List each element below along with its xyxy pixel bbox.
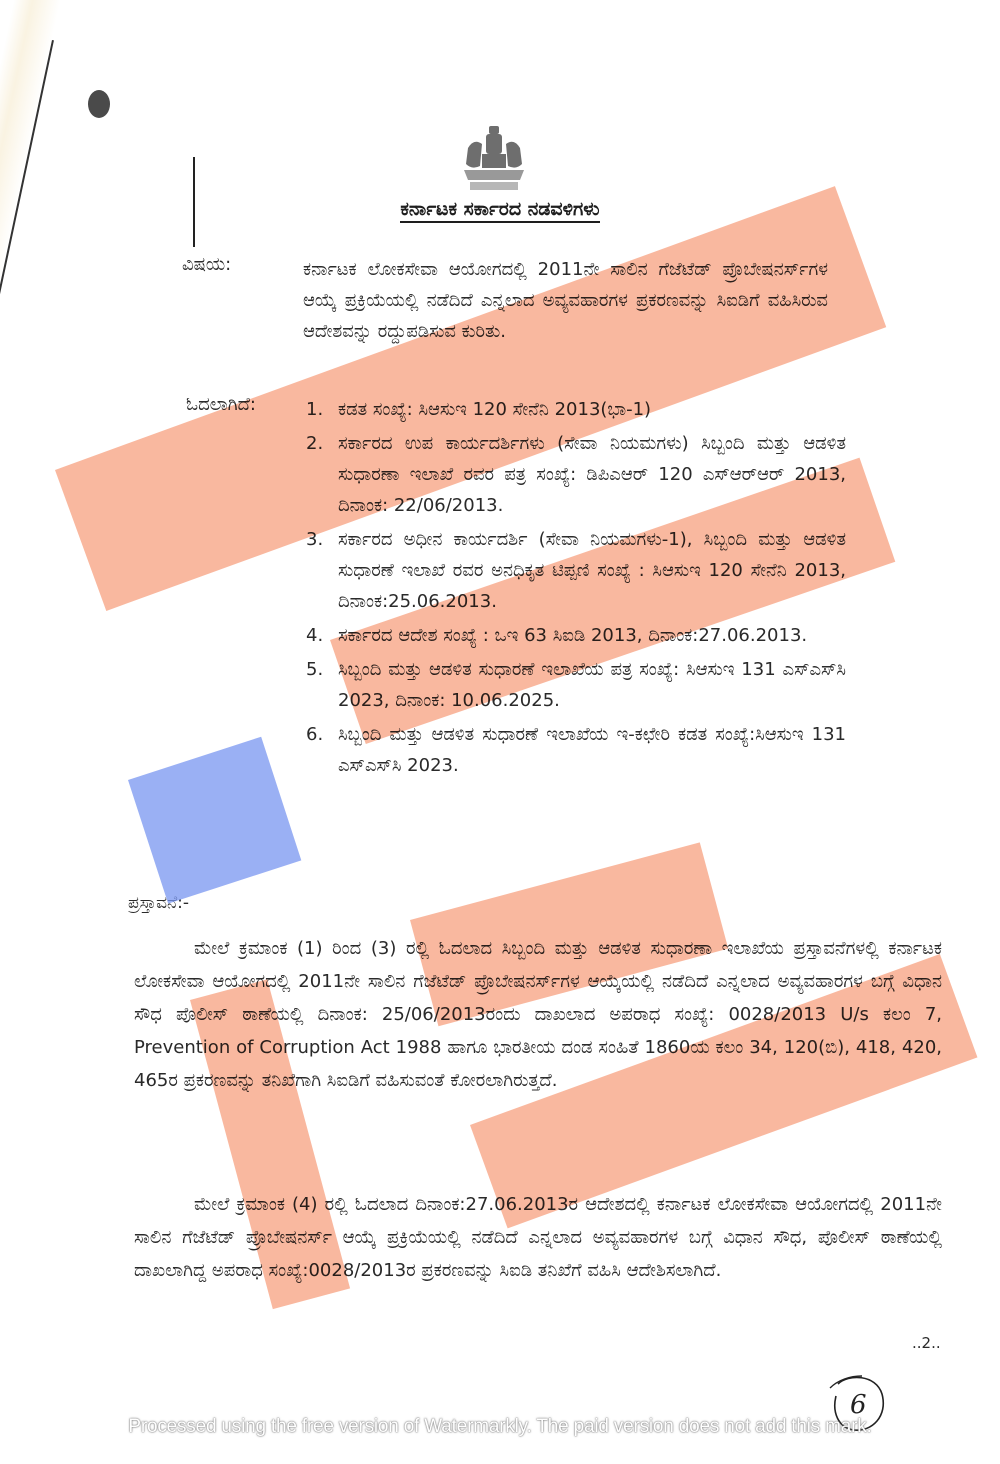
blue-overlay-square: [128, 737, 301, 904]
reference-item: 5.ಸಿಬ್ಬಂದಿ ಮತ್ತು ಆಡಳಿತ ಸುಧಾರಣೆ ಇಲಾಖೆಯ ಪತ…: [306, 654, 846, 716]
reference-item: 4.ಸರ್ಕಾರದ ಆದೇಶ ಸಂಖ್ಯೆ : ಒಇ 63 ಸಿಐಡಿ 2013…: [306, 620, 846, 651]
preamble-paragraph-2: ಮೇಲೆ ಕ್ರಮಾಂಕ (4) ರಲ್ಲಿ ಓದಲಾದ ದಿನಾಂಕ:27.0…: [134, 1188, 942, 1287]
reference-text: ಸಿಬ್ಬಂದಿ ಮತ್ತು ಆಡಳಿತ ಸುಧಾರಣೆ ಇಲಾಖೆಯ ಇ-ಕಛ…: [338, 724, 846, 776]
reference-item: 2.ಸರ್ಕಾರದ ಉಪ ಕಾರ್ಯದರ್ಶಿಗಳು (ಸೇವಾ ನಿಯಮಗಳು…: [306, 428, 846, 521]
references-list: 1.ಕಡತ ಸಂಖ್ಯೆ: ಸಿಆಸುಇ 120 ಸೇನೆನಿ 2013(ಭಾ-…: [306, 394, 846, 784]
reference-number: 1.: [306, 394, 323, 425]
reference-text: ಕಡತ ಸಂಖ್ಯೆ: ಸಿಆಸುಇ 120 ಸೇನೆನಿ 2013(ಭಾ-1): [338, 399, 651, 420]
preamble-paragraph-1: ಮೇಲೆ ಕ್ರಮಾಂಕ (1) ರಿಂದ (3) ರಲ್ಲಿ ಓದಲಾದ ಸಿ…: [134, 932, 942, 1097]
reference-text: ಸರ್ಕಾರದ ಆದೇಶ ಸಂಖ್ಯೆ : ಒಇ 63 ಸಿಐಡಿ 2013, …: [338, 625, 807, 646]
document-title-text: ಕರ್ನಾಟಕ ಸರ್ಕಾರದ ನಡವಳಿಗಳು: [400, 198, 599, 223]
reference-number: 6.: [306, 719, 323, 750]
preamble-heading: ಪ್ರಸ್ತಾವನೆ:-: [128, 893, 189, 913]
reference-number: 3.: [306, 524, 323, 555]
state-emblem-icon: [456, 122, 532, 198]
page-continuation-marker: ..2..: [912, 1334, 941, 1352]
document-title: ಕರ್ನಾಟಕ ಸರ್ಕಾರದ ನಡವಳಿಗಳು: [0, 198, 1000, 220]
reference-item: 6.ಸಿಬ್ಬಂದಿ ಮತ್ತು ಆಡಳಿತ ಸುಧಾರಣೆ ಇಲಾಖೆಯ ಇ-…: [306, 719, 846, 781]
reference-text: ಸರ್ಕಾರದ ಅಧೀನ ಕಾರ್ಯದರ್ಶಿ (ಸೇವಾ ನಿಯಮಗಳು-1)…: [338, 529, 846, 612]
watermark-text: Processed using the free version of Wate…: [0, 1416, 1000, 1438]
reference-number: 4.: [306, 620, 323, 651]
reference-number: 2.: [306, 428, 323, 459]
reference-item: 1.ಕಡತ ಸಂಖ್ಯೆ: ಸಿಆಸುಇ 120 ಸೇನೆನಿ 2013(ಭಾ-…: [306, 394, 846, 425]
document-page: ಕರ್ನಾಟಕ ಸರ್ಕಾರದ ನಡವಳಿಗಳು ವಿಷಯ: ಕರ್ನಾಟಕ ಲ…: [0, 0, 1000, 1464]
reference-text: ಸಿಬ್ಬಂದಿ ಮತ್ತು ಆಡಳಿತ ಸುಧಾರಣೆ ಇಲಾಖೆಯ ಪತ್ರ…: [338, 659, 846, 711]
reference-text: ಸರ್ಕಾರದ ಉಪ ಕಾರ್ಯದರ್ಶಿಗಳು (ಸೇವಾ ನಿಯಮಗಳು) …: [338, 433, 846, 516]
subject-text: ಕರ್ನಾಟಕ ಲೋಕಸೇವಾ ಆಯೋಗದಲ್ಲಿ 2011ನೇ ಸಾಲಿನ ಗ…: [303, 254, 828, 347]
references-label: ಓದಲಾಗಿದೆ:: [186, 394, 256, 415]
punch-hole: [88, 90, 110, 118]
reference-item: 3.ಸರ್ಕಾರದ ಅಧೀನ ಕಾರ್ಯದರ್ಶಿ (ಸೇವಾ ನಿಯಮಗಳು-…: [306, 524, 846, 617]
subject-label: ವಿಷಯ:: [182, 254, 231, 275]
reference-number: 5.: [306, 654, 323, 685]
